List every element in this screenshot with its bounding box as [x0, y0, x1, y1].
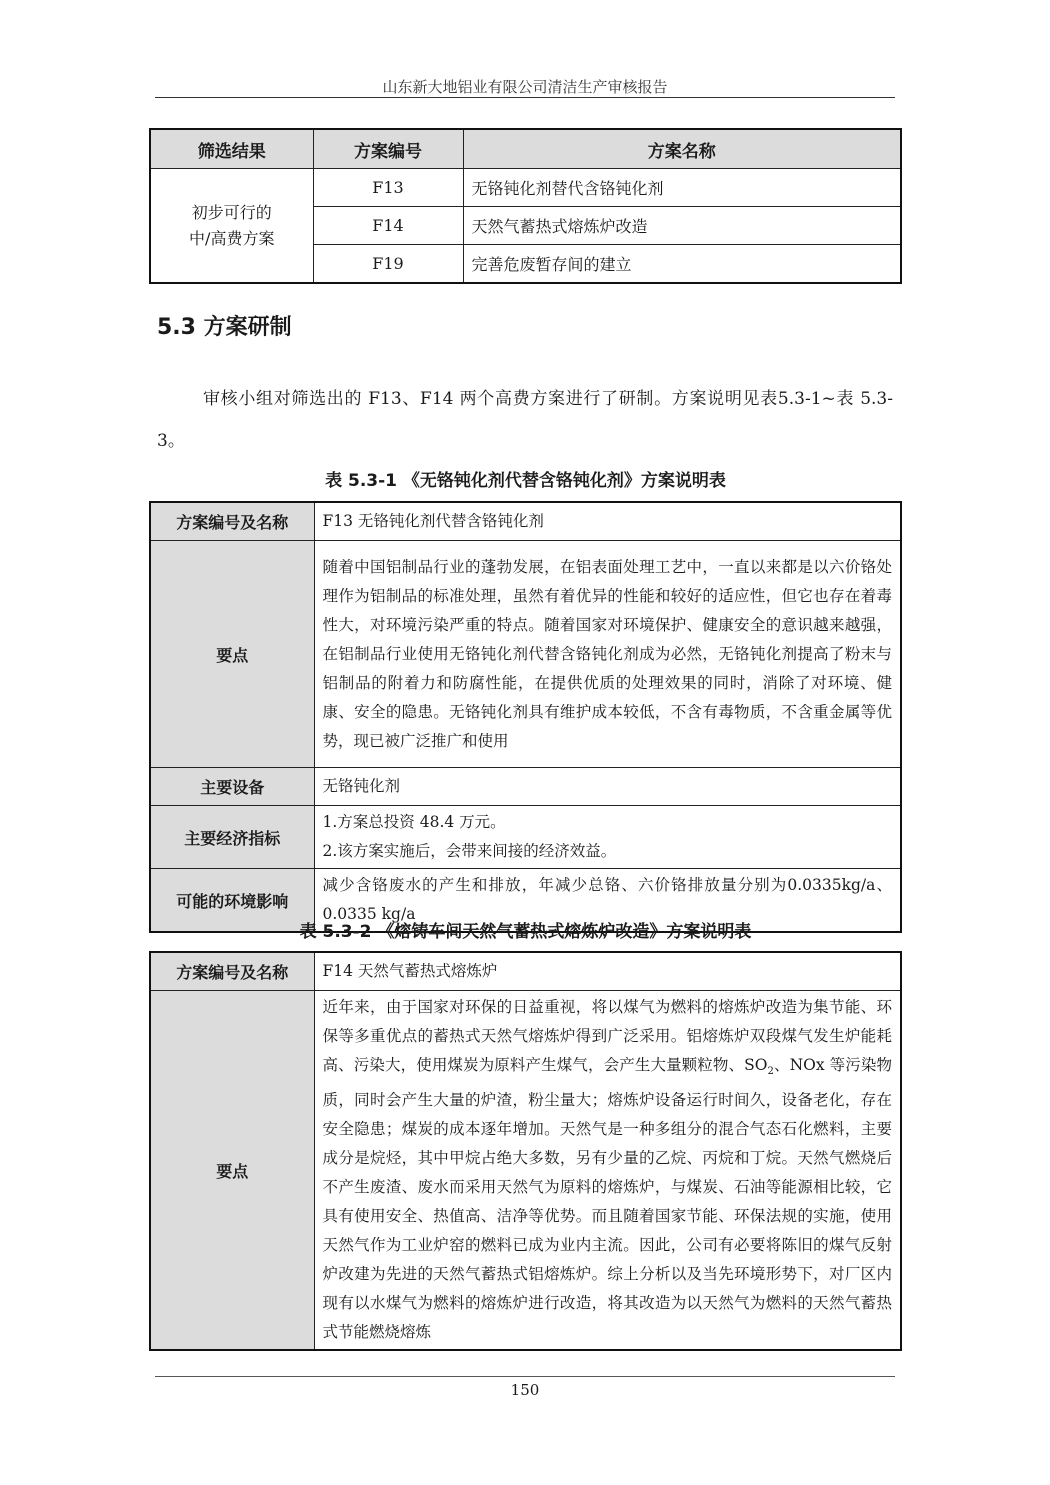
column-header: 方案名称 [463, 129, 901, 169]
plan-name-cell: 天然气蓄热式熔炼炉改造 [463, 207, 901, 245]
table-row: 方案编号及名称 F13 无铬钝化剂代替含铬钝化剂 [150, 502, 901, 541]
row-value: 随着中国铝制品行业的蓬勃发展，在铝表面处理工艺中，一直以来都是以六价铬处理作为铝… [314, 541, 901, 768]
table-row: 主要经济指标 1.方案总投资 48.4 万元。 2.该方案实施后，会带来间接的经… [150, 806, 901, 869]
table-header-row: 筛选结果 方案编号 方案名称 [150, 129, 901, 169]
plan-id-cell: F14 [313, 207, 463, 245]
table-row: 方案编号及名称 F14 天然气蓄热式熔炼炉 [150, 952, 901, 991]
plan-id-cell: F13 [313, 169, 463, 207]
column-header: 方案编号 [313, 129, 463, 169]
table-row: 要点 随着中国铝制品行业的蓬勃发展，在铝表面处理工艺中，一直以来都是以六价铬处理… [150, 541, 901, 768]
page-number: 150 [155, 1381, 895, 1399]
page-header: 山东新大地铝业有限公司清洁生产审核报告 [155, 76, 895, 97]
row-value: F14 天然气蓄热式熔炼炉 [314, 952, 901, 991]
plan-id-cell: F19 [313, 245, 463, 284]
row-label: 主要设备 [150, 768, 314, 806]
group-label-cell: 初步可行的 中/高费方案 [150, 169, 313, 284]
value-line: 1.方案总投资 48.4 万元。 [323, 808, 893, 837]
group-label-line: 中/高费方案 [152, 226, 312, 252]
group-label-line: 初步可行的 [152, 200, 312, 226]
table-caption: 表 5.3-2 《熔铸车间天然气蓄热式熔炼炉改造》方案说明表 [149, 917, 902, 942]
header-divider [155, 97, 895, 98]
plan-description-table-f13: 方案编号及名称 F13 无铬钝化剂代替含铬钝化剂 要点 随着中国铝制品行业的蓬勃… [149, 501, 902, 933]
table-caption: 表 5.3-1 《无铬钝化剂代替含铬钝化剂》方案说明表 [149, 466, 902, 491]
intro-paragraph: 审核小组对筛选出的 F13、F14 两个高费方案进行了研制。方案说明见表5.3-… [157, 378, 893, 462]
column-header: 筛选结果 [150, 129, 313, 169]
value-line: 2.该方案实施后，会带来间接的经济效益。 [323, 837, 893, 866]
row-label: 主要经济指标 [150, 806, 314, 869]
row-value: 1.方案总投资 48.4 万元。 2.该方案实施后，会带来间接的经济效益。 [314, 806, 901, 869]
screening-results-table: 筛选结果 方案编号 方案名称 初步可行的 中/高费方案 F13 无铬钝化剂替代含… [149, 128, 902, 284]
value-text: 、NOx 等污染物质，同时会产生大量的炉渣，粉尘量大；熔炼炉设备运行时间久，设备… [323, 1056, 893, 1341]
row-label: 方案编号及名称 [150, 502, 314, 541]
table-row: 主要设备 无铬钝化剂 [150, 768, 901, 806]
row-label: 方案编号及名称 [150, 952, 314, 991]
row-value: F13 无铬钝化剂代替含铬钝化剂 [314, 502, 901, 541]
table-row: 要点 近年来，由于国家对环保的日益重视，将以煤气为燃料的熔炼炉改造为集节能、环保… [150, 991, 901, 1351]
section-heading: 5.3 方案研制 [157, 310, 292, 341]
table-row: 初步可行的 中/高费方案 F13 无铬钝化剂替代含铬钝化剂 [150, 169, 901, 207]
row-label: 要点 [150, 541, 314, 768]
row-value: 近年来，由于国家对环保的日益重视，将以煤气为燃料的熔炼炉改造为集节能、环保等多重… [314, 991, 901, 1351]
footer-divider [155, 1376, 895, 1377]
plan-description-table-f14: 方案编号及名称 F14 天然气蓄热式熔炼炉 要点 近年来，由于国家对环保的日益重… [149, 951, 902, 1351]
plan-name-cell: 完善危废暂存间的建立 [463, 245, 901, 284]
row-value: 无铬钝化剂 [314, 768, 901, 806]
plan-name-cell: 无铬钝化剂替代含铬钝化剂 [463, 169, 901, 207]
row-label: 要点 [150, 991, 314, 1351]
